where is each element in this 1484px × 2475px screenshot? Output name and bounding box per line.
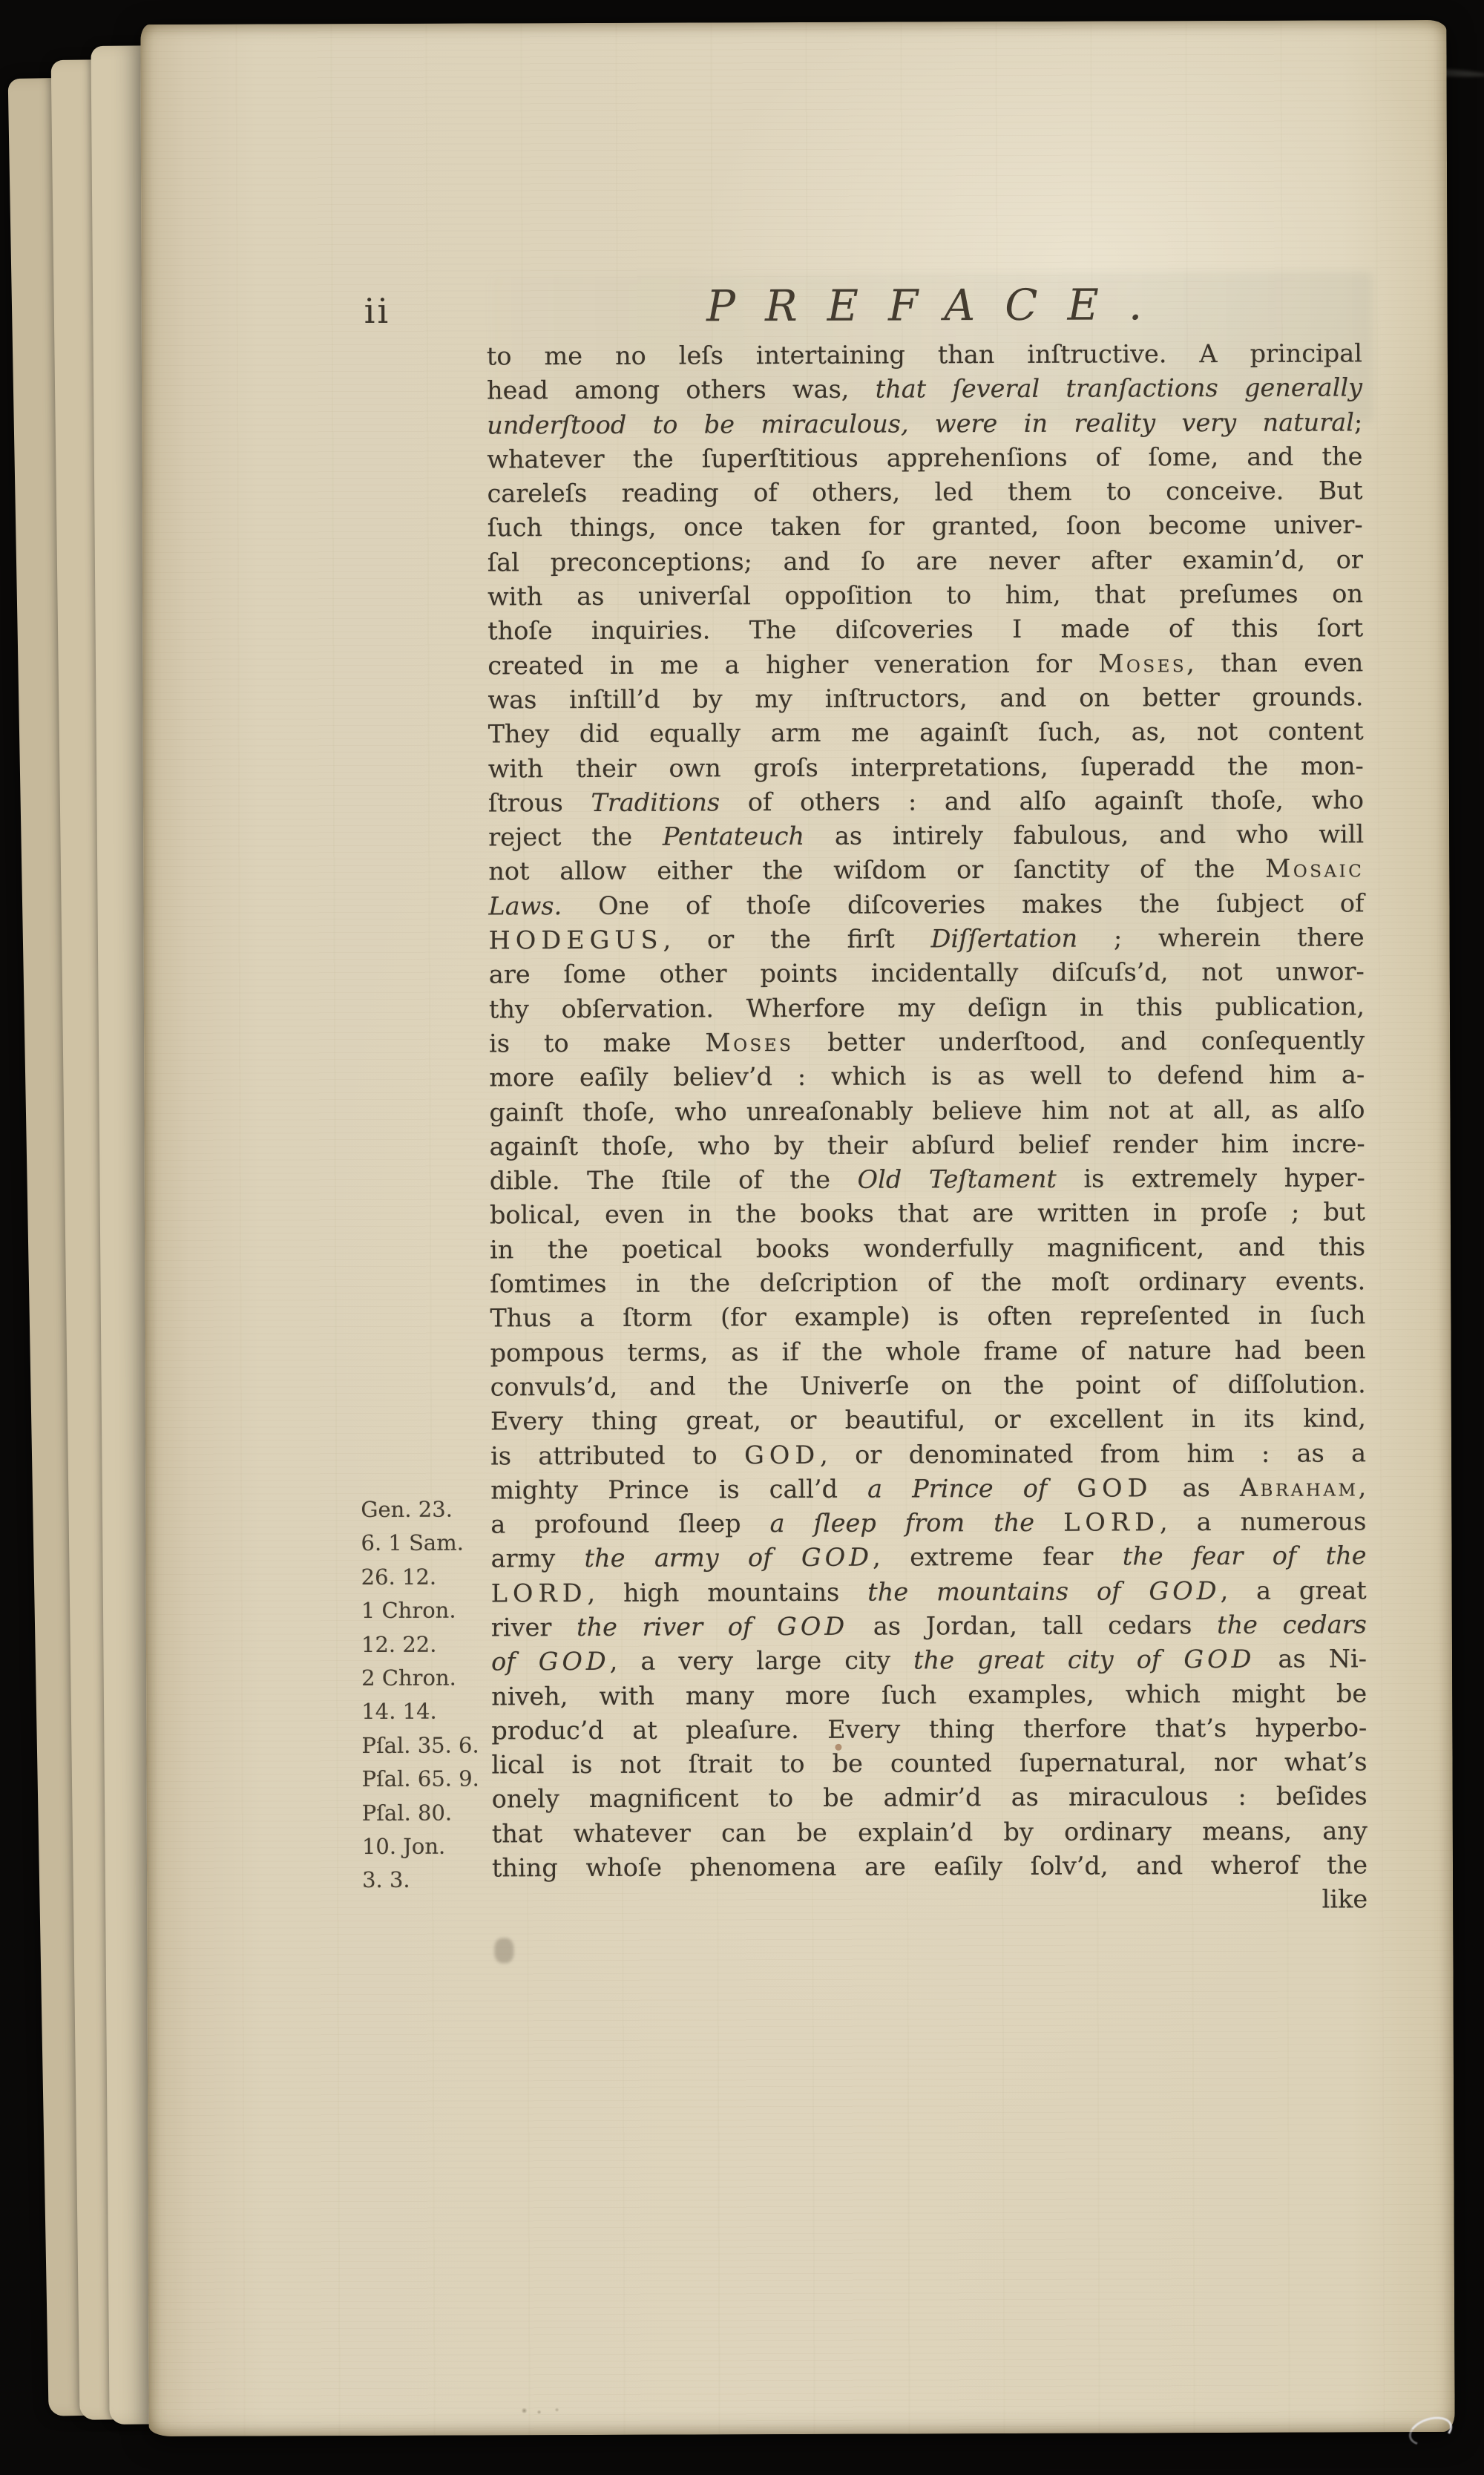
body-text-line: underſtood to be miraculous, were in rea… [487, 405, 1362, 442]
body-text-line: produc’d at pleaſure. Every thing therfo… [491, 1711, 1367, 1748]
body-text-line: reject the Pentateuch as intirely fabulo… [488, 817, 1364, 854]
body-text-line: Thus a ſtorm (for example) is often repr… [490, 1299, 1365, 1336]
body-text-line: whatever the ſuperſtitious apprehenſions… [487, 439, 1362, 476]
body-text-line: careleſs reading of others, led them to … [487, 474, 1362, 511]
body-text-line: more eaſily believ’d : which is as well … [489, 1058, 1365, 1095]
body-text-line: thy obſervation. Wherfore my deſign in t… [489, 989, 1365, 1026]
body-lines: to me no leſs intertaining than inſtruct… [487, 336, 1368, 1885]
body-text-line: thing whoſe phenomena are eaſily ſolv’d,… [492, 1848, 1368, 1885]
scan-background: { "page": { "folio": "ii", "header": "PR… [0, 0, 1484, 2475]
body-text-line: river the river of GOD as Jordan, tall c… [491, 1607, 1367, 1645]
body-text-line: onely magnificent to be admir’d as mirac… [492, 1780, 1368, 1817]
body-text-line: ſal preconceptions; and ſo are never aft… [487, 542, 1363, 580]
body-text-line: is attributed to GOD, or denominated fro… [490, 1436, 1366, 1473]
body-text-line: army the army of GOD, extreme fear the f… [490, 1539, 1366, 1576]
body-text-line: with their own groſs interpretations, ſu… [488, 749, 1364, 786]
body-text-line: niveh, with many more ſuch examples, whi… [491, 1676, 1367, 1714]
body-text-line: that whatever can be explain’d by ordina… [492, 1814, 1368, 1851]
body-text-line: HODEGUS, or the firſt Diſſertation ; whe… [489, 920, 1365, 957]
ink-specks [519, 2407, 571, 2414]
body-text-line: lical is not ſtrait to be counted ſupern… [491, 1745, 1367, 1782]
body-text-line: ſomtimes in the deſcription of the moſt … [490, 1264, 1365, 1301]
body-text-line: pompous terms, as if the whole frame of … [490, 1333, 1366, 1370]
catchword-row: like [492, 1883, 1368, 1920]
body-text: to me no leſs intertaining than inſtruct… [487, 336, 1368, 1920]
body-text-line: Laws. One of thoſe diſcoveries makes the… [488, 886, 1364, 923]
page-number: ii [364, 291, 391, 331]
body-text-line: with as univerſal oppoſition to him, tha… [487, 577, 1363, 614]
body-text-line: was inſtill’d by my inſtructors, and on … [487, 680, 1363, 717]
body-text-line: created in me a higher veneration for Mo… [487, 646, 1363, 683]
page-header: PREFACE. [487, 278, 1362, 332]
body-text-line: of GOD, a very large city the great city… [491, 1642, 1367, 1679]
body-text-line: They did equally arm me againſt ſuch, as… [488, 715, 1364, 752]
body-text-line: ſtrous Traditions of others : and alſo a… [488, 783, 1364, 820]
body-text-line: mighty Prince is call’d a Prince of GOD … [490, 1470, 1366, 1507]
book-page: ii PREFACE. Gen. 23.6. 1 Sam.26. 12.1 Ch… [140, 20, 1454, 2436]
body-text-line: to me no leſs intertaining than inſtruct… [487, 336, 1362, 373]
body-text-line: againſt thoſe, who by their abſurd belie… [490, 1127, 1365, 1164]
body-text-line: LORD, high mountains the mountains of GO… [491, 1573, 1367, 1610]
body-text-line: convuls’d, and the Univerſe on the point… [490, 1367, 1366, 1404]
body-text-line: in the poetical books wonderfully magnif… [490, 1230, 1365, 1267]
body-text-line: thoſe inquiries. The diſcoveries I made … [487, 612, 1363, 649]
body-text-line: a profound ſleep a ſleep from the LORD, … [490, 1504, 1366, 1541]
body-text-line: not allow either the wiſdom or ſanctity … [488, 852, 1364, 889]
body-text-line: Every thing great, or beautiful, or exce… [490, 1402, 1366, 1439]
catchword: like [1322, 1885, 1368, 1914]
body-text-line: is to make Moses better underſtood, and … [489, 1023, 1365, 1061]
body-text-line: dible. The ſtile of the Old Teſtament is… [490, 1161, 1365, 1198]
body-text-line: bolical, even in the books that are writ… [490, 1196, 1365, 1233]
body-text-line: head among others was, that ſeveral tran… [487, 371, 1362, 408]
body-text-line: ſuch things, once taken for granted, ſoo… [487, 508, 1363, 545]
body-text-line: are ſome other points incidentally diſcu… [489, 955, 1365, 992]
body-text-line: gainſt thoſe, who unreaſonably believe h… [489, 1092, 1365, 1130]
ink-smudge [494, 1938, 513, 1963]
